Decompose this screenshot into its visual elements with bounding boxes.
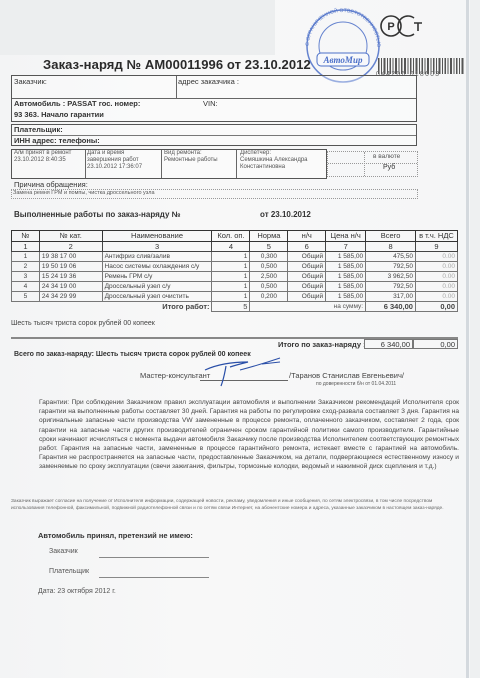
payer-signature-label: Плательщик <box>49 568 89 575</box>
acceptance-date: Дата: 23 октября 2012 г. <box>38 588 116 595</box>
reason-value: Замена ремня ГРМ и помпы, чистка дроссел… <box>13 190 155 197</box>
order-total-vat: 0,00 <box>413 339 458 349</box>
row-price: 1 585,00 <box>326 292 366 302</box>
repair-type-value: Ремонтные работы <box>164 157 218 164</box>
page-fold-line <box>466 0 469 678</box>
table-row: 1 19 38 17 00 Антифриз слив/залив 1 0,30… <box>12 252 458 262</box>
col-header-number: № <box>12 231 40 242</box>
row-hours-type: Общий <box>288 272 326 282</box>
row-norm: 2,500 <box>250 272 288 282</box>
row-vat: 0.00 <box>415 282 457 292</box>
customer-label: Заказчик: <box>14 77 47 86</box>
col-num: 1 <box>12 242 40 252</box>
row-hours-type: Общий <box>288 292 326 302</box>
works-sum-value: 6 340,00 <box>366 302 416 312</box>
proxy-note: по доверенности б/н от 01.04.2011 <box>316 381 396 388</box>
vin-label: VIN: <box>203 99 218 108</box>
works-date: от 23.10.2012 <box>260 210 311 219</box>
row-norm: 0,500 <box>250 262 288 272</box>
row-qty: 1 <box>212 272 250 282</box>
row-catalog: 19 50 19 06 <box>39 262 102 272</box>
currency-value: Руб <box>383 164 395 171</box>
row-number: 5 <box>12 292 40 302</box>
col-header-qty: Кол. оп. <box>212 231 250 242</box>
order-total-value: 6 340,00 <box>364 339 413 349</box>
col-header-norm: Норма <box>250 231 288 242</box>
row-price: 1 585,00 <box>326 272 366 282</box>
accepted-label: А/м принят в ремонт <box>14 150 71 157</box>
car-plate-warranty: 93 363. Начало гарантии <box>14 110 104 119</box>
col-header-vat: в т.ч. НДС <box>415 231 457 242</box>
row-number: 3 <box>12 272 40 282</box>
row-hours-type: Общий <box>288 282 326 292</box>
acceptance-title: Автомобиль принял, претензий не имею: <box>38 531 193 540</box>
payer-signature-line[interactable] <box>99 577 209 578</box>
customer-signature-line[interactable] <box>99 557 209 558</box>
row-catalog: 19 38 17 00 <box>39 252 102 262</box>
col-num: 3 <box>102 242 212 252</box>
customer-address-label: адрес заказчика : <box>178 77 239 86</box>
row-qty: 1 <box>212 252 250 262</box>
works-title: Выполненные работы по заказ-наряду № <box>14 210 181 219</box>
col-num: 7 <box>326 242 366 252</box>
col-num: 9 <box>415 242 457 252</box>
row-number: 4 <box>12 282 40 292</box>
row-price: 1 585,00 <box>326 262 366 272</box>
scanned-document-page: Заказ-наряд № АМ00011996 от 23.10.2012 С… <box>0 0 480 678</box>
order-total-label: Итого по заказ-наряду : <box>278 340 366 349</box>
accepted-datetime: 23.10.2012 8:40:35 <box>14 157 66 164</box>
reason-label: Причина обращения: <box>14 180 88 189</box>
col-num: 4 <box>212 242 250 252</box>
customer-signature-label: Заказчик <box>49 548 78 555</box>
table-row: 2 19 50 19 06 Насос системы охлаждения с… <box>12 262 458 272</box>
svg-text:С ОГРАНИЧЕННОЙ ОТВЕТСТВЕННОСТЬ: С ОГРАНИЧЕННОЙ ОТВЕТСТВЕННОСТЬЮ «АвтоМир… <box>297 6 381 47</box>
row-qty: 1 <box>212 292 250 302</box>
col-header-hours: н/ч <box>288 231 326 242</box>
row-vat: 0.00 <box>415 292 457 302</box>
scan-shadow <box>0 0 275 55</box>
table-row: 4 24 34 19 00 Дроссельный узел с/у 1 0,5… <box>12 282 458 292</box>
works-sum-vat: 0,00 <box>415 302 457 312</box>
warranty-terms: Гарантии: При соблюдении Заказчиком прав… <box>39 398 459 472</box>
payer-label: Плательщик: <box>14 125 63 134</box>
row-catalog: 24 34 19 00 <box>39 282 102 292</box>
row-catalog: 15 24 19 36 <box>39 272 102 282</box>
svg-text:Р: Р <box>387 21 394 33</box>
column-number-row: 1 2 3 4 5 6 7 8 9 <box>12 242 458 252</box>
row-catalog: 24 34 29 99 <box>39 292 102 302</box>
row-hours-type: Общий <box>288 252 326 262</box>
dispatcher-name-1: Семяшкина Александра <box>240 157 308 164</box>
row-total: 792,50 <box>366 282 416 292</box>
col-num: 8 <box>366 242 416 252</box>
row-hours-type: Общий <box>288 262 326 272</box>
table-row: 5 24 34 29 99 Дроссельный узел очистить … <box>12 292 458 302</box>
row-name: Дроссельный узел с/у <box>102 282 212 292</box>
rst-certification-icon: Р <box>380 14 424 38</box>
col-header-total: Всего <box>366 231 416 242</box>
col-num: 6 <box>288 242 326 252</box>
row-number: 2 <box>12 262 40 272</box>
col-header-price: Цена н/ч <box>326 231 366 242</box>
dispatcher-name-2: Константиновна <box>240 164 285 171</box>
works-table: № № кат. Наименование Кол. оп. Норма н/ч… <box>11 230 458 312</box>
col-header-name: Наименование <box>102 231 212 242</box>
row-qty: 1 <box>212 262 250 272</box>
completed-datetime: 23.10.2012 17:36:07 <box>87 164 142 171</box>
row-norm: 0,500 <box>250 282 288 292</box>
car-label: Автомобиль : PASSAT гос. номер: <box>14 99 140 108</box>
currency-label: в валюте <box>373 153 400 160</box>
svg-text:АвтоМир: АвтоМир <box>323 55 363 65</box>
col-num: 2 <box>39 242 102 252</box>
row-total: 792,50 <box>366 262 416 272</box>
row-total: 3 962,50 <box>366 272 416 282</box>
row-vat: 0.00 <box>415 262 457 272</box>
completed-label-2: завершения работ <box>87 157 139 164</box>
completed-label-1: Дата и время <box>87 150 124 157</box>
works-sum-label: на сумму: <box>250 302 366 312</box>
row-name: Насос системы охлаждения с/у <box>102 262 212 272</box>
works-total-count: 5 <box>212 302 250 312</box>
row-name: Дроссельный узел очистить <box>102 292 212 302</box>
row-total: 317,00 <box>366 292 416 302</box>
works-total-row: Итого работ: 5 на сумму: 6 340,00 0,00 <box>12 302 458 312</box>
handwritten-signature-icon <box>200 356 285 388</box>
dispatcher-label: Диспетчер: <box>240 150 271 157</box>
row-name: Ремень ГРМ с/у <box>102 272 212 282</box>
document-title: Заказ-наряд № АМ00011996 от 23.10.2012 <box>43 57 311 72</box>
row-norm: 0,200 <box>250 292 288 302</box>
consent-notice: Заказчик выражает согласие на получение … <box>11 498 451 512</box>
row-total: 475,50 <box>366 252 416 262</box>
col-header-catalog: № кат. <box>39 231 102 242</box>
row-qty: 1 <box>212 282 250 292</box>
works-amount-words: Шесть тысяч триста сорок рублей 00 копее… <box>11 320 155 327</box>
repair-type-label: Вид ремонта: <box>164 150 202 157</box>
row-number: 1 <box>12 252 40 262</box>
row-price: 1 585,00 <box>326 282 366 292</box>
row-vat: 0.00 <box>415 272 457 282</box>
master-consultant-name: /Таранов Станислав Евгеньевич/ <box>289 371 404 380</box>
works-total-label: Итого работ: <box>12 302 212 312</box>
payer-inn-address-phones: ИНН адрес: телефоны: <box>14 136 100 145</box>
table-row: 3 15 24 19 36 Ремень ГРМ с/у 1 2,500 Общ… <box>12 272 458 282</box>
row-vat: 0.00 <box>415 252 457 262</box>
page-edge <box>470 0 480 678</box>
row-norm: 0,300 <box>250 252 288 262</box>
col-num: 5 <box>250 242 288 252</box>
row-price: 1 585,00 <box>326 252 366 262</box>
table-header-row: № № кат. Наименование Кол. оп. Норма н/ч… <box>12 231 458 242</box>
row-name: Антифриз слив/залив <box>102 252 212 262</box>
